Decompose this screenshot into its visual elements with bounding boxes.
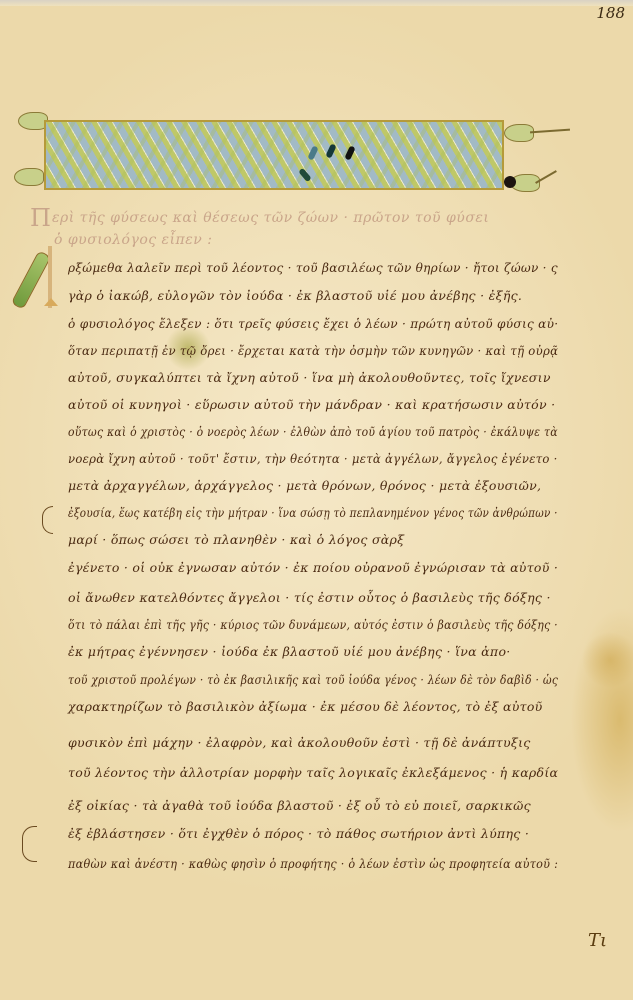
text-line: ρξώμεθα λαλεῖν περὶ τοῦ λέοντος · τοῦ βα… <box>68 260 558 275</box>
ornamental-headpiece <box>44 120 504 190</box>
text-line: νοερὰ ἴχνη αὐτοῦ · τοῦτ' ἔστιν, τὴν θεότ… <box>68 451 558 466</box>
text-line: ἐγένετο · οἱ οὐκ ἐγνωσαν αὐτόν · ἐκ ποίο… <box>68 560 558 575</box>
headpiece-tendril-right-top <box>530 129 570 134</box>
title-line: ὁ φυσιολόγος εἶπεν : <box>54 232 212 248</box>
text-line: οὕτως καὶ ὁ χριστὸς · ὁ νοερὸς λέων · ἐλ… <box>68 424 558 439</box>
text-line: ὅτι τὸ πάλαι ἐπὶ τῆς γῆς · κύριος τῶν δυ… <box>68 617 558 632</box>
manuscript-page: 188 Π ερὶ τῆς φύσεως καὶ θέσεως τῶν ζώων… <box>0 0 633 1000</box>
decorated-initial-alpha <box>18 244 58 306</box>
text-line: ἐκ μήτρας ἐγέννησεν · ἰούδα ἐκ βλαστοῦ υ… <box>68 644 511 659</box>
page-top-edge <box>0 0 633 6</box>
text-line: ἐξουσία, ἕως κατέβη εἰς τὴν μήτραν · ἵνα… <box>68 505 558 520</box>
folio-number: 188 <box>596 4 625 22</box>
text-line: ὅταν περιπατῇ ἐν τῷ ὄρει · ἔρχεται κατὰ … <box>68 343 558 358</box>
text-line: γὰρ ὁ ἰακώβ, εὐλογῶν τὸν ἰούδα · ἐκ βλασ… <box>68 288 522 303</box>
text-line: ἐξ ἐβλάστησεν · ὅτι ἐγχθὲν ὁ πόρος · τὸ … <box>68 826 529 841</box>
text-line: μετὰ ἀρχαγγέλων, ἀρχάγγελος · μετὰ θρόνω… <box>68 478 541 493</box>
headpiece-finial-bottom-left <box>14 168 44 186</box>
initial-green-stroke <box>11 250 52 310</box>
title-initial: Π <box>30 204 51 232</box>
title-line: ερὶ τῆς φύσεως καὶ θέσεως τῶν ζώων · πρῶ… <box>52 210 489 226</box>
margin-flourish <box>42 506 53 534</box>
text-line: τοῦ χριστοῦ προλέγων · τὸ ἐκ βασιλικῆς κ… <box>68 672 558 687</box>
initial-foot <box>44 298 58 306</box>
catchword: Τι <box>588 930 607 951</box>
text-line: οἱ ἄνωθεν κατελθόντες ἄγγελοι · τίς ἐστι… <box>68 590 551 605</box>
text-line: αὐτοῦ οἱ κυνηγοὶ · εὕρωσιν αὐτοῦ τὴν μάν… <box>68 397 555 412</box>
text-line: ὁ φυσιολόγος ἔλεξεν : ὅτι τρεῖς φύσεις ἔ… <box>68 316 558 331</box>
text-line: φυσικὸν ἐπὶ μάχην · ἐλαφρὸν, καὶ ἀκολουθ… <box>68 735 531 750</box>
margin-flourish <box>22 826 37 862</box>
text-line: ἐξ οἰκίας · τὰ ἀγαθὰ τοῦ ἰούδα βλαστοῦ ·… <box>68 798 531 813</box>
headpiece-dot <box>504 176 516 188</box>
text-line: μαρί · ὅπως σώσει τὸ πλανηθὲν · καὶ ὁ λό… <box>68 532 404 547</box>
text-line: αὐτοῦ, συγκαλύπτει τὰ ἴχνη αὐτοῦ · ἵνα μ… <box>68 370 551 385</box>
text-line: παθὼν καὶ ἀνέστη · καθὼς φησὶν ὁ προφήτη… <box>68 856 558 871</box>
text-line: τοῦ λέοντος τὴν ἀλλοτρίαν μορφὴν ταῖς λο… <box>68 765 558 780</box>
text-line: χαρακτηρίζων τὸ βασιλικὸν ἀξίωμα · ἐκ μέ… <box>68 699 543 714</box>
